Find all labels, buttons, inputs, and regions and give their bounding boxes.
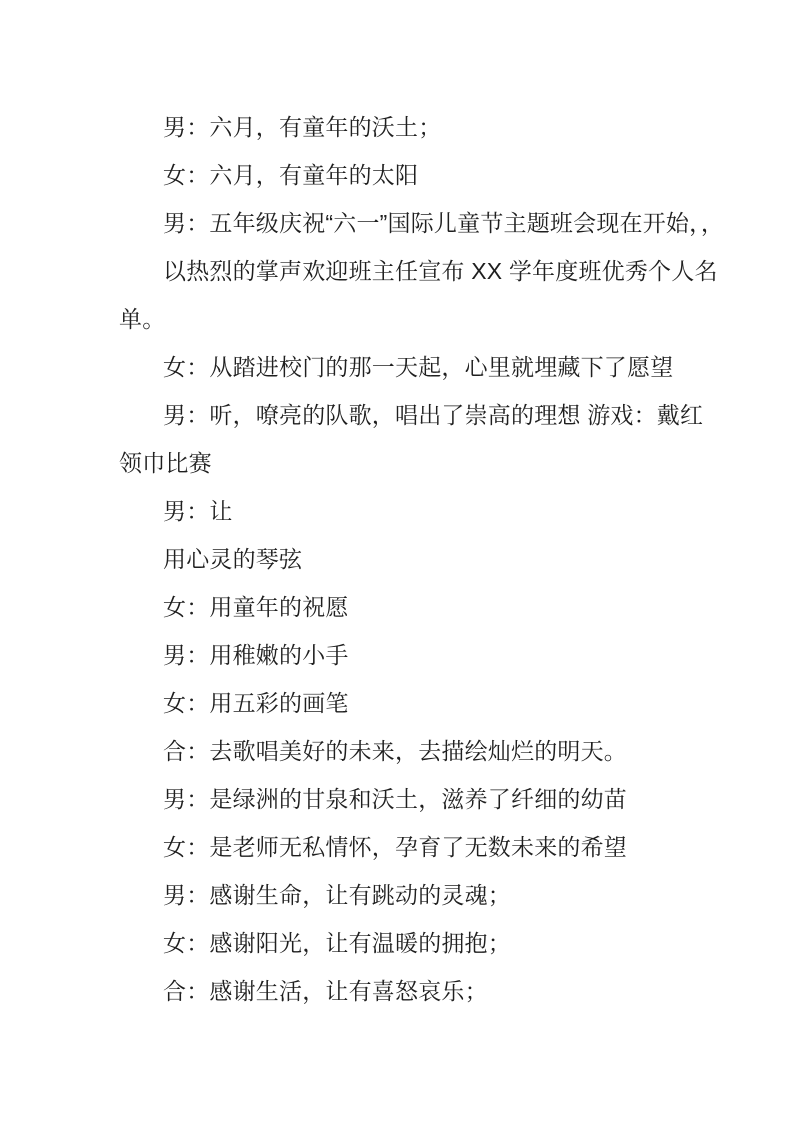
text-line: 男：感谢生命，让有跳动的灵魂； <box>119 871 719 919</box>
text-line: 女：用五彩的画笔 <box>119 679 719 727</box>
text-line: 男：用稚嫩的小手 <box>119 631 719 679</box>
text-line: 女：从踏进校门的那一天起，心里就埋藏下了愿望 <box>119 343 719 391</box>
text-line: 领巾比赛 <box>119 439 719 487</box>
text-line: 男：让 <box>119 487 719 535</box>
text-line: 以热烈的掌声欢迎班主任宣布 XX 学年度班优秀个人名 <box>119 247 719 295</box>
text-line: 合：感谢生活，让有喜怒哀乐； <box>119 967 719 1015</box>
text-line: 单。 <box>119 295 719 343</box>
text-line: 女：用童年的祝愿 <box>119 583 719 631</box>
text-line: 女：感谢阳光，让有温暖的拥抱； <box>119 919 719 967</box>
text-line: 男：六月，有童年的沃土； <box>119 103 719 151</box>
text-line: 男：听，嘹亮的队歌，唱出了崇高的理想 游戏：戴红 <box>119 391 719 439</box>
text-line: 女：六月，有童年的太阳 <box>119 151 719 199</box>
document-page: 男：六月，有童年的沃土；女：六月，有童年的太阳男：五年级庆祝“六一”国际儿童节主… <box>0 0 793 1122</box>
document-body: 男：六月，有童年的沃土；女：六月，有童年的太阳男：五年级庆祝“六一”国际儿童节主… <box>119 103 719 1015</box>
text-line: 女：是老师无私情怀，孕育了无数未来的希望 <box>119 823 719 871</box>
text-line: 用心灵的琴弦 <box>119 535 719 583</box>
text-line: 合：去歌唱美好的未来，去描绘灿烂的明天。 <box>119 727 719 775</box>
text-line: 男：五年级庆祝“六一”国际儿童节主题班会现在开始，， <box>119 199 719 247</box>
text-line: 男：是绿洲的甘泉和沃土，滋养了纤细的幼苗 <box>119 775 719 823</box>
